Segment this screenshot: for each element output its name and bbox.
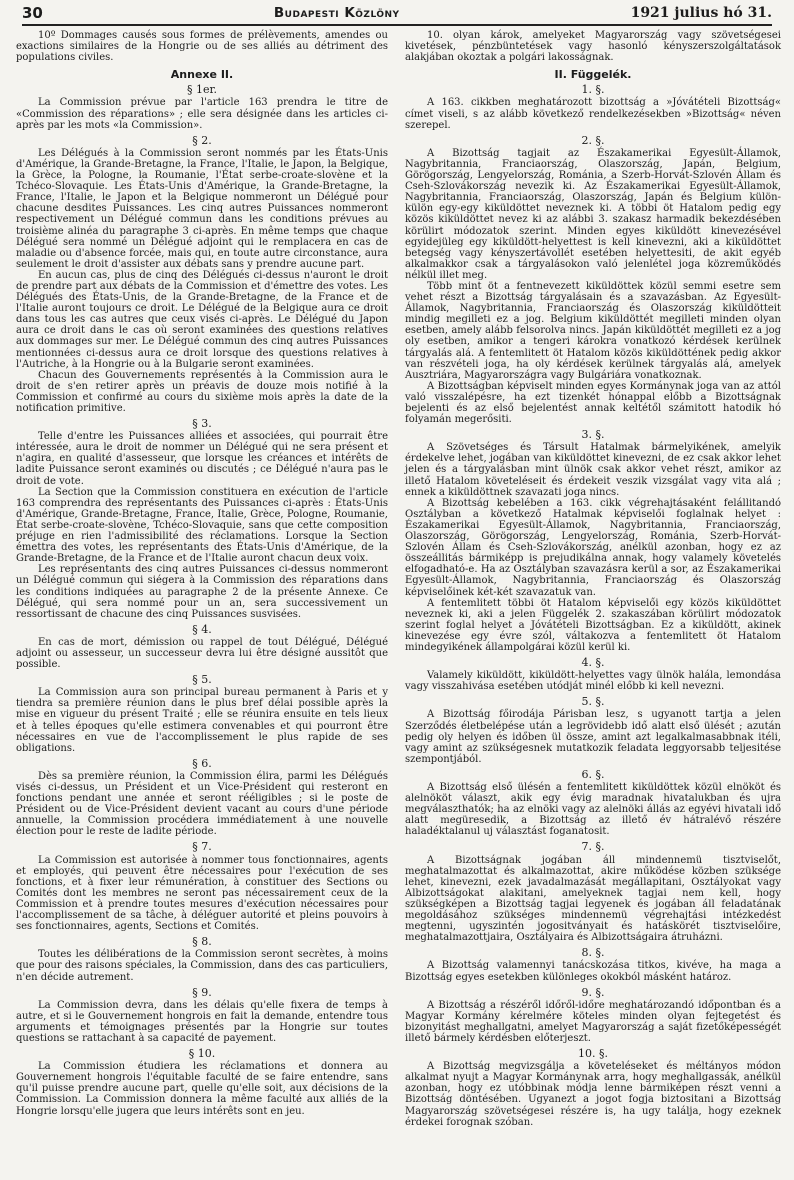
- section-paragraph: Több mint öt a fentnevezett kiküldöttek …: [405, 281, 781, 381]
- section-heading: 9. §.: [405, 987, 781, 998]
- section-heading: 5. §.: [405, 696, 781, 707]
- section-heading: 10. §.: [405, 1048, 781, 1059]
- section-paragraph: A Bizottságnak jogában áll mindennemü ti…: [405, 855, 781, 944]
- section-paragraph: A Bizottság valamennyi tanácskozása titk…: [405, 960, 781, 982]
- section-paragraph: A 163. cikkben meghatározott bizottság a…: [405, 97, 781, 130]
- section-heading: § 7.: [16, 841, 388, 852]
- section-paragraph: A Bizottságban képviselt minden egyes Ko…: [405, 381, 781, 425]
- section-paragraph: A Bizottság főirodája Párisban lesz, s u…: [405, 709, 781, 764]
- section-paragraph: Les Délégués à la Commission seront nomm…: [16, 148, 388, 270]
- french-column: 10º Dommages causés sous formes de prélè…: [16, 30, 388, 1117]
- section-heading: § 9.: [16, 987, 388, 998]
- hungarian-column: 10. olyan károk, amelyeket Magyarország …: [405, 30, 781, 1128]
- section-paragraph: La Commission est autorisée à nommer tou…: [16, 855, 388, 933]
- section-heading: 2. §.: [405, 135, 781, 146]
- section-heading: § 3.: [16, 418, 388, 429]
- intro-paragraph: 10º Dommages causés sous formes de prélè…: [16, 30, 388, 63]
- annex-title: II. Függelék.: [405, 69, 781, 80]
- section-heading: § 8.: [16, 936, 388, 947]
- section-paragraph: A Bizottság tagjait az Északamerikai Egy…: [405, 148, 781, 281]
- section-paragraph: A Bizottság első ülésén a fentemlitett k…: [405, 782, 781, 837]
- section-heading: 8. §.: [405, 947, 781, 958]
- section-heading: § 6.: [16, 758, 388, 769]
- sections: 1. §.A 163. cikkben meghatározott bizott…: [405, 84, 781, 1127]
- newspaper-title: Budapesti Közlöny: [274, 5, 400, 21]
- sections: § 1er.La Commission prévue par l'article…: [16, 84, 388, 1116]
- section-paragraph: Chacun des Gouvernements représentés à l…: [16, 370, 388, 414]
- section-paragraph: Les représentants des cinq autres Puissa…: [16, 564, 388, 619]
- newspaper-page: 30 Budapesti Közlöny 1921 julius hó 31. …: [0, 0, 794, 1180]
- section-heading: § 10.: [16, 1048, 388, 1059]
- section-heading: § 1er.: [16, 84, 388, 95]
- section-heading: § 5.: [16, 674, 388, 685]
- section-heading: 6. §.: [405, 769, 781, 780]
- section-paragraph: La Commission aura son principal bureau …: [16, 687, 388, 754]
- section-heading: 4. §.: [405, 657, 781, 668]
- section-paragraph: La Commission prévue par l'article 163 p…: [16, 97, 388, 130]
- section-paragraph: A Szövetséges és Társult Hatalmak bármel…: [405, 442, 781, 497]
- section-heading: 7. §.: [405, 841, 781, 852]
- page-number: 30: [22, 4, 43, 22]
- section-heading: § 2.: [16, 135, 388, 146]
- section-paragraph: A Bizottság kebelében a 163. cikk végreh…: [405, 498, 781, 598]
- section-paragraph: A Bizottság a részéről időről-időre megh…: [405, 1000, 781, 1044]
- section-paragraph: Dès sa première réunion, la Commission é…: [16, 771, 388, 838]
- section-paragraph: Valamely kiküldött, kiküldött-helyettes …: [405, 670, 781, 692]
- section-paragraph: En cas de mort, démission ou rappel de t…: [16, 637, 388, 670]
- page-header: 30 Budapesti Közlöny 1921 julius hó 31.: [22, 2, 772, 26]
- section-paragraph: Toutes les délibérations de la Commissio…: [16, 949, 388, 982]
- issue-date: 1921 julius hó 31.: [631, 5, 772, 21]
- intro-paragraph: 10. olyan károk, amelyeket Magyarország …: [405, 30, 781, 63]
- section-heading: § 4.: [16, 624, 388, 635]
- section-paragraph: A Bizottság megvizsgálja a követeléseket…: [405, 1061, 781, 1128]
- section-paragraph: A fentemlitett többi öt Hatalom képvisel…: [405, 598, 781, 653]
- section-paragraph: La Commission devra, dans les délais qu'…: [16, 1000, 388, 1044]
- section-heading: 1. §.: [405, 84, 781, 95]
- section-paragraph: La Commission étudiera les réclamations …: [16, 1061, 388, 1116]
- section-paragraph: La Section que la Commission constituera…: [16, 487, 388, 565]
- section-paragraph: Telle d'entre les Puissances alliées et …: [16, 431, 388, 486]
- section-paragraph: En aucun cas, plus de cinq des Délégués …: [16, 270, 388, 370]
- annex-title: Annexe II.: [16, 69, 388, 80]
- section-heading: 3. §.: [405, 429, 781, 440]
